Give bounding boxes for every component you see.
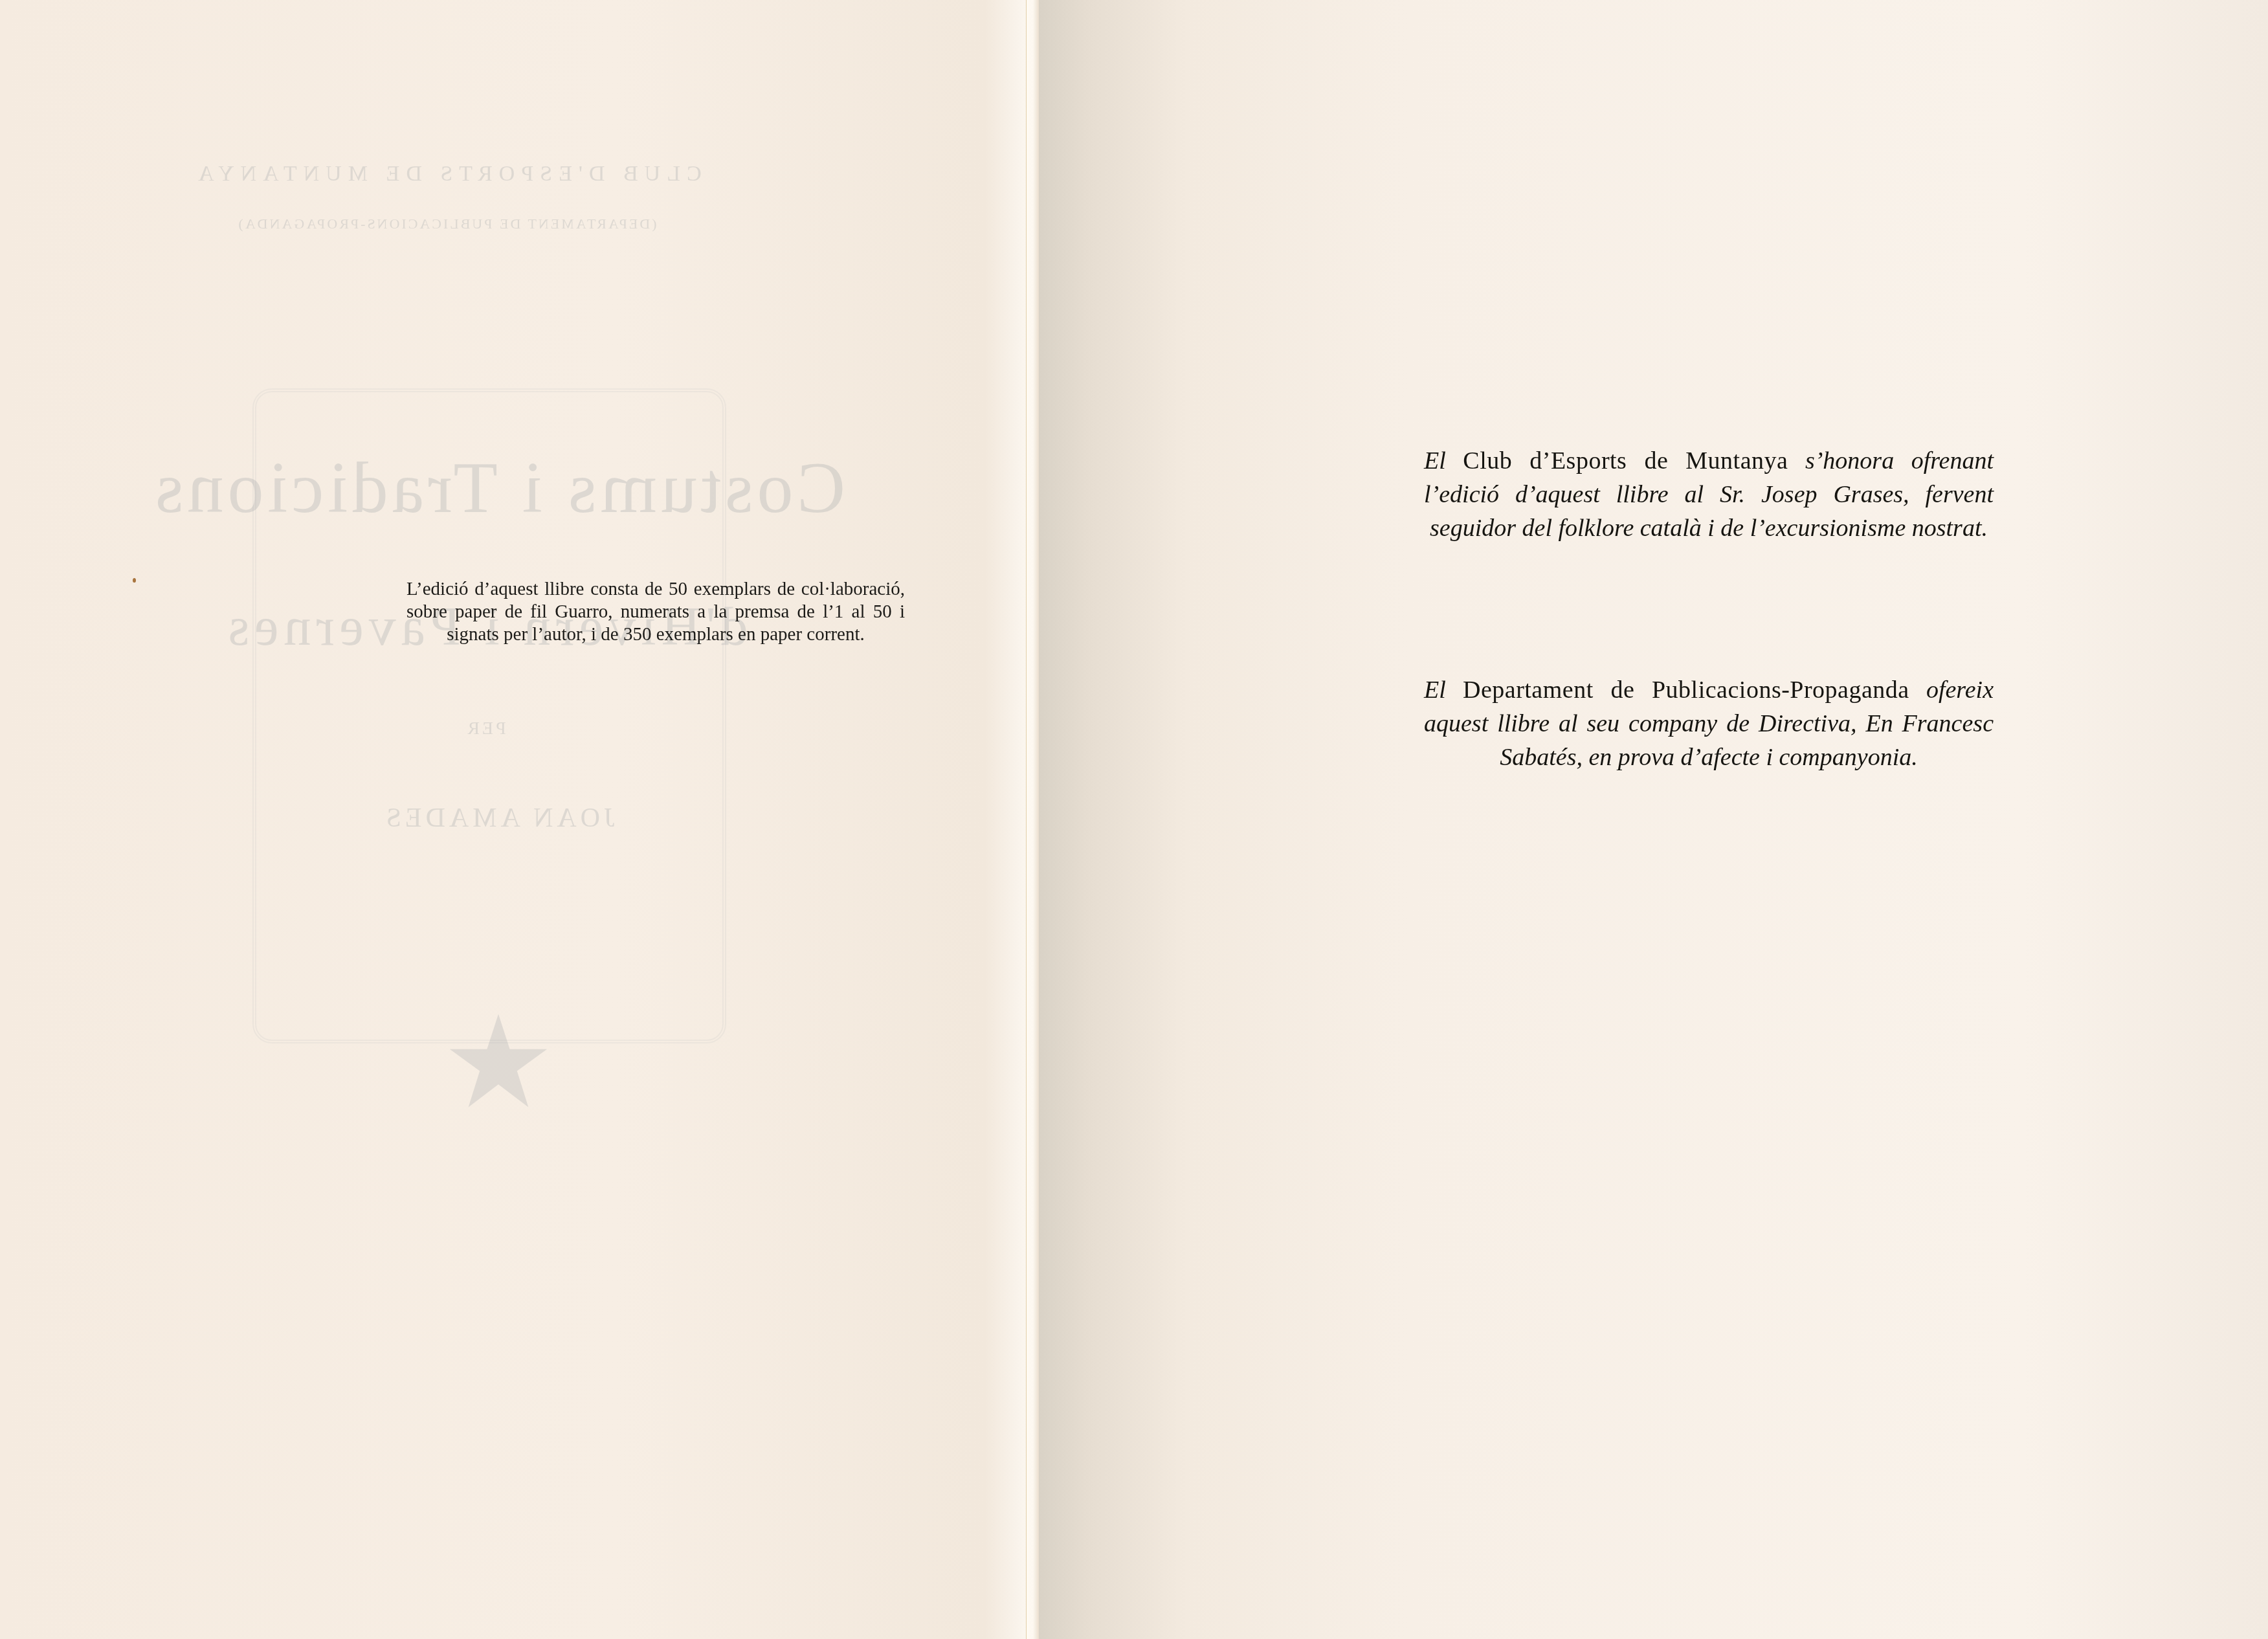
dedication-club-lead: El	[1424, 447, 1446, 474]
dedication-department: El Departament de Publicacions-Propagand…	[1424, 673, 1994, 774]
star-icon	[447, 1010, 550, 1113]
dedication-club-name: Club d’Esports de Muntanya	[1463, 447, 1788, 474]
paper-speck	[133, 578, 136, 583]
colophon-text: L’edició d’aquest llibre consta de 50 ex…	[406, 578, 905, 646]
dedication-department-name: Departament de Publicacions-Propaganda	[1463, 676, 1909, 704]
show-through-per: PER	[421, 719, 550, 739]
show-through-club-name: CLUB D'ESPORTS DE MUNTANYA	[181, 162, 712, 186]
colophon: L’edició d’aquest llibre consta de 50 ex…	[406, 578, 905, 646]
book-gutter	[1026, 0, 1039, 1639]
dedication-club: El Club d’Esports de Muntanya s’honora o…	[1424, 444, 1994, 545]
show-through-subtitle: (DEPARTAMENT DE PUBLICACIONS-PROPAGANDA)	[220, 216, 673, 232]
dedication-department-lead: El	[1424, 676, 1446, 704]
show-through-author: JOAN AMADES	[337, 803, 660, 834]
left-page: CLUB D'ESPORTS DE MUNTANYA (DEPARTAMENT …	[0, 0, 1026, 1639]
show-through-title-line1: Costums i Tradicions	[78, 447, 919, 530]
right-page	[1039, 0, 2268, 1639]
